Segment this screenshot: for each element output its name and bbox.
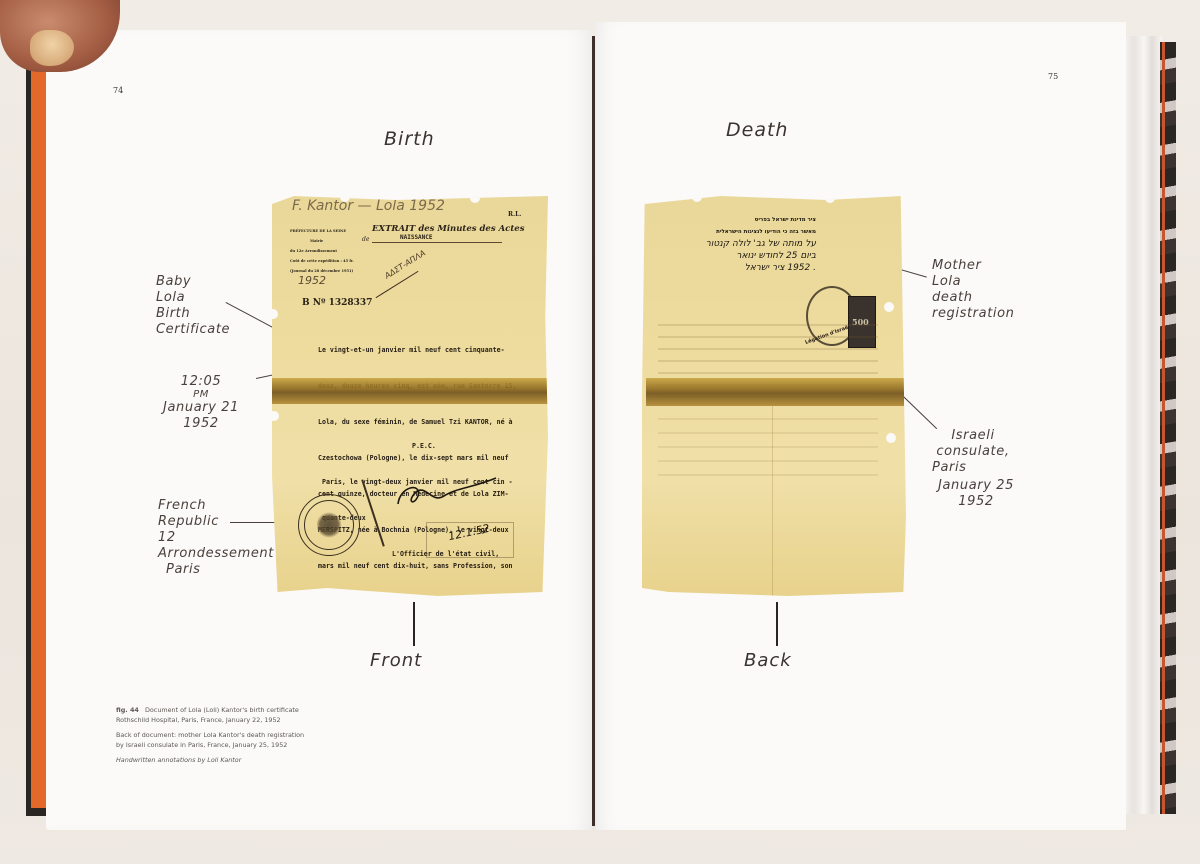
year-note: 1952 xyxy=(298,274,326,287)
fold-crease xyxy=(646,378,904,406)
marianne-figure xyxy=(317,511,341,539)
back-label: Back xyxy=(744,650,792,671)
book-cover-right-orange xyxy=(1162,42,1165,814)
body-line: Lola, du sexe féminin, de Samuel Tzi KAN… xyxy=(318,416,517,428)
back-pointer-line xyxy=(776,602,778,646)
annotation-line: consulate, xyxy=(918,444,1028,460)
republique-seal: RÉPUBLIQUE FRANÇAISE · MAIRIE DU XIIe AR… xyxy=(298,494,360,556)
header-line: PRÉFECTURE DE LA SEINE xyxy=(290,226,364,236)
death-heading: Death xyxy=(726,119,788,141)
punch-hole xyxy=(886,433,896,443)
annotation-time: 12:05 PM January 21 1952 xyxy=(146,374,256,432)
header-line: Coût de cette expédition : 45 fr. xyxy=(290,256,364,266)
book-gutter xyxy=(592,36,595,826)
caption-line: Handwritten annotations by Loli Kantor xyxy=(116,756,376,766)
annotation-line: French xyxy=(158,498,288,514)
front-label: Front xyxy=(370,650,422,671)
annotation-line: January 21 xyxy=(146,400,256,416)
caption-line: Document of Lola (Loli) Kantor's birth c… xyxy=(145,706,299,714)
front-pointer-line xyxy=(413,602,415,646)
annotation-french-republic: French Republic 12 Arrondessement Paris xyxy=(158,498,288,578)
hebrew-registration-text: ציר מדינת ישראל בפריס מאשר בזה כי הודיעו… xyxy=(696,214,816,274)
annotation-line: death xyxy=(932,290,1052,306)
annotation-line: 1952 xyxy=(916,494,1036,510)
figure-label: fig. 44 xyxy=(116,706,139,714)
certificate-number: B Nº 1328337 xyxy=(302,298,372,308)
document-title: EXTRAIT des Minutes des Actes xyxy=(372,224,524,234)
page-stack-edge xyxy=(1122,36,1162,814)
annotation-line: 1952 xyxy=(146,416,256,432)
handwritten-name: F. Kantor — Lola 1952 xyxy=(292,198,445,214)
page-number: 74 xyxy=(113,86,123,95)
header-line: Mairie xyxy=(290,236,364,246)
birth-heading: Birth xyxy=(384,128,435,150)
faint-reverse-text xyxy=(658,418,878,488)
annotation-line: PM xyxy=(146,390,256,400)
fold-crease xyxy=(272,378,548,404)
annotation-line: registration xyxy=(932,306,1052,322)
annotation-line: Certificate xyxy=(156,322,266,338)
body-line: Le vingt-et-un janvier mil neuf cent cin… xyxy=(318,344,517,356)
death-registration-document: ציר מדינת ישראל בפריס מאשר בזה כי הודיעו… xyxy=(642,196,906,596)
annotation-mother-lola: Mother Lola death registration xyxy=(932,258,1052,322)
annotation-line: Arrondessement xyxy=(158,546,288,562)
hebrew-line: על מותה של גב' לולה קנטור xyxy=(696,238,816,250)
page-number: 75 xyxy=(1048,72,1058,81)
pec-mark: P.E.C. xyxy=(412,440,436,452)
hebrew-line: ביום 25 לחודש ינואר xyxy=(696,250,816,262)
annotation-line: Lola xyxy=(156,290,266,306)
hebrew-line: . 1952 ציר ישראל xyxy=(696,262,816,274)
prefecture-header: PRÉFECTURE DE LA SEINE Mairie du 12e Arr… xyxy=(290,226,364,276)
annotation-date: January 25 1952 xyxy=(916,478,1036,510)
title-underline xyxy=(372,242,502,243)
annotation-line: Lola xyxy=(932,274,1052,290)
document-type: NAISSANCE xyxy=(400,232,433,244)
punch-hole xyxy=(884,302,894,312)
annotation-line: January 25 xyxy=(916,478,1036,494)
caption-line: Rothschild Hospital, Paris, France, Janu… xyxy=(116,716,376,726)
annotation-line: Mother xyxy=(932,258,1052,274)
diagonal-stroke xyxy=(376,271,419,298)
header-line: du 12e Arrondissement xyxy=(290,246,364,256)
ref-mark: R.L. xyxy=(508,211,521,218)
annotation-line: 12 xyxy=(158,530,288,546)
hebrew-line: ציר מדינת ישראל בפריס xyxy=(696,214,816,226)
annotation-baby-lola: Baby Lola Birth Certificate xyxy=(156,274,266,338)
diagonal-annotation: ΑΔΣΤ-ΑΠΛΑ xyxy=(383,248,427,280)
vertical-fold xyxy=(772,406,773,596)
hebrew-line: מאשר בזה כי הודיעו לנציגות הישראלית xyxy=(696,226,816,238)
annotation-line: Paris xyxy=(158,562,288,578)
birth-certificate-document: F. Kantor — Lola 1952 R.L. PRÉFECTURE DE… xyxy=(272,196,548,596)
figure-caption: fig. 44 Document of Lola (Loli) Kantor's… xyxy=(116,706,376,766)
caption-line: Back of document: mother Lola Kantor's d… xyxy=(116,731,376,741)
caption-line: by Israeli consulate in Paris, France, J… xyxy=(116,741,376,751)
annotation-line: Paris xyxy=(918,460,1028,476)
annotation-line: Baby xyxy=(156,274,266,290)
annotation-line: Israeli xyxy=(918,428,1028,444)
signature xyxy=(392,476,502,516)
annotation-line: 12:05 xyxy=(146,374,256,390)
title-de: de xyxy=(362,236,369,243)
annotation-israeli-consulate: Israeli consulate, Paris xyxy=(918,428,1028,476)
